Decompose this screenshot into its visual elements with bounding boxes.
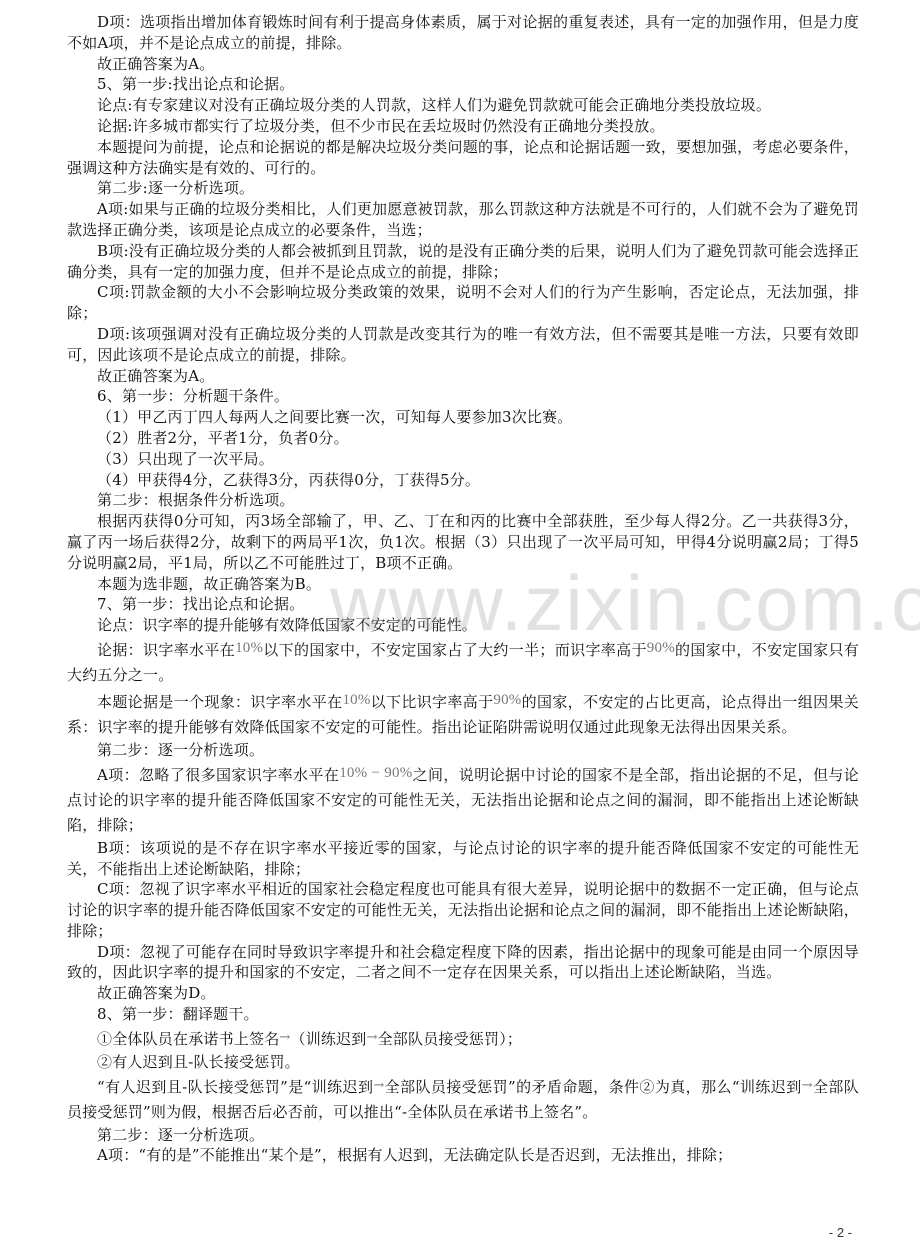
q7-evidence: 论据：识字率水平在10%以下的国家中，不安定国家占了大约一半；而识字率高于90%… bbox=[67, 636, 859, 688]
q7-step2: 第二步：逐一分析选项。 bbox=[67, 740, 859, 761]
paragraph: 6、第一步：分析题干条件。 bbox=[67, 386, 859, 407]
q7-option-b: B项：该项说的是不存在识字率水平接近零的国家，与论点讨论的识字率的提升能否降低国… bbox=[67, 838, 859, 880]
paragraph: D项:该项强调对没有正确垃圾分类的人罚款是改变其行为的唯一有效方法，但不需要其是… bbox=[67, 324, 859, 366]
arrow-icon: → bbox=[367, 1030, 378, 1045]
paragraph: 第二步：根据条件分析选项。 bbox=[67, 490, 859, 511]
q8-option-a: A项：“有的是”不能推出“某个是”，根据有人迟到，无法确定队长是否迟到，无法推出… bbox=[67, 1145, 859, 1166]
math-10-percent: 10% bbox=[235, 640, 263, 656]
arrow-icon: → bbox=[373, 1078, 384, 1093]
paragraph: 本题为选非题，故正确答案为B。 bbox=[67, 574, 859, 595]
q8-step2: 第二步：逐一分析选项。 bbox=[67, 1125, 859, 1146]
paragraph: （4）甲获得4分，乙获得3分，丙获得0分，丁获得5分。 bbox=[67, 470, 859, 491]
q8-step1: 8、第一步：翻译题干。 bbox=[67, 1004, 859, 1025]
q7-option-c: C项：忽视了识字率水平相近的国家社会稳定程度也可能具有很大差异，说明论据中的数据… bbox=[67, 879, 859, 941]
paragraph: D项：选项指出增加体育锻炼时间有利于提高身体素质，属于对论据的重复表述，具有一定… bbox=[67, 12, 859, 54]
math-10-percent: 10% bbox=[342, 692, 370, 708]
paragraph: 故正确答案为A。 bbox=[67, 366, 859, 387]
paragraph: 第二步:逐一分析选项。 bbox=[67, 178, 859, 199]
paragraph: B项:没有正确垃圾分类的人都会被抓到且罚款，说的是没有正确分类的后果，说明人们为… bbox=[67, 241, 859, 283]
paragraph: （3）只出现了一次平局。 bbox=[67, 449, 859, 470]
document-page: D项：选项指出增加体育锻炼时间有利于提高身体素质，属于对论据的重复表述，具有一定… bbox=[67, 12, 859, 1166]
page-number: - 2 - bbox=[829, 1225, 852, 1240]
q8-condition-1: ①全体队员在承诺书上签名→（训练迟到→全部队员接受惩罚）； bbox=[67, 1025, 859, 1052]
paragraph: 论据:许多城市都实行了垃圾分类，但不少市民在丢垃圾时仍然没有正确地分类投放。 bbox=[67, 116, 859, 137]
paragraph: 论点：识字率的提升能够有效降低国家不安定的可能性。 bbox=[67, 615, 859, 636]
q8-condition-2: ②有人迟到且-队长接受惩罚。 bbox=[67, 1052, 859, 1073]
q7-option-a: A项：忽略了很多国家识字率水平在10% − 90%之间，说明论据中讨论的国家不是… bbox=[67, 761, 859, 838]
q7-option-d: D项：忽视了可能存在同时导致识字率提升和社会稳定程度下降的因素，指出论据中的现象… bbox=[67, 942, 859, 984]
paragraph: C项:罚款金额的大小不会影响垃圾分类政策的效果，说明不会对人们的行为产生影响，否… bbox=[67, 282, 859, 324]
arrow-icon: → bbox=[279, 1030, 290, 1045]
paragraph: A项:如果与正确的垃圾分类相比，人们更加愿意被罚款，那么罚款这种方法就是不可行的… bbox=[67, 199, 859, 241]
paragraph: 根据丙获得0分可知，丙3场全部输了，甲、乙、丁在和丙的比赛中全部获胜，至少每人得… bbox=[67, 511, 859, 573]
q7-answer: 故正确答案为D。 bbox=[67, 983, 859, 1004]
paragraph: 5、第一步:找出论点和论据。 bbox=[67, 74, 859, 95]
paragraph: （1）甲乙丙丁四人每两人之间要比赛一次，可知每人要参加3次比赛。 bbox=[67, 407, 859, 428]
math-90-percent: 90% bbox=[647, 640, 675, 656]
q8-explanation: “有人迟到且-队长接受惩罚”是“训练迟到→全部队员接受惩罚”的矛盾命题，条件②为… bbox=[67, 1073, 859, 1125]
q7-summary: 本题论据是一个现象：识字率水平在10%以下比识字率高于90%的国家，不安定的占比… bbox=[67, 688, 859, 740]
paragraph: 本题提问为前提，论点和论据说的都是解决垃圾分类问题的事，论点和论据话题一致，要想… bbox=[67, 137, 859, 179]
math-range: 10% − 90% bbox=[339, 765, 412, 781]
math-90-percent: 90% bbox=[493, 692, 521, 708]
paragraph: 7、第一步：找出论点和论据。 bbox=[67, 594, 859, 615]
arrow-icon: → bbox=[802, 1078, 813, 1093]
paragraph: 论点:有专家建议对没有正确垃圾分类的人罚款，这样人们为避免罚款就可能会正确地分类… bbox=[67, 95, 859, 116]
paragraph: （2）胜者2分，平者1分，负者0分。 bbox=[67, 428, 859, 449]
paragraph: 故正确答案为A。 bbox=[67, 54, 859, 75]
